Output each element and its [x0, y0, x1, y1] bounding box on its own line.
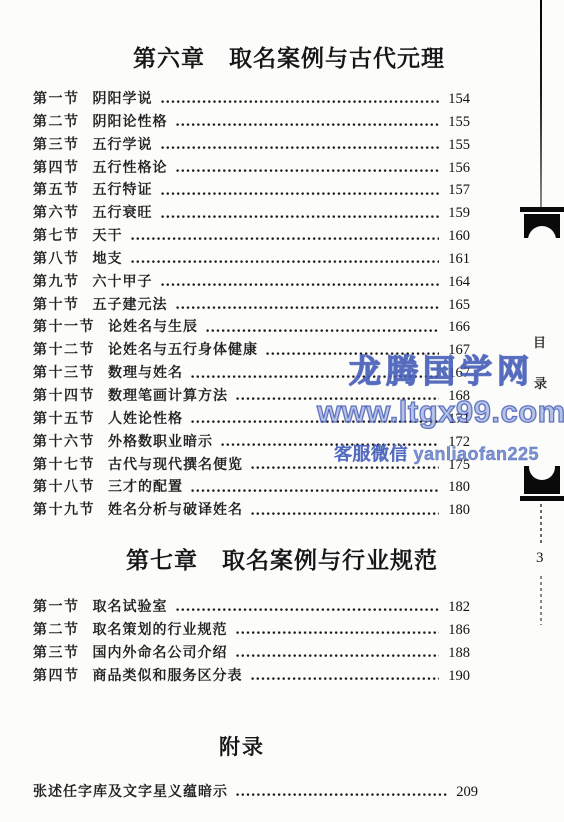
section-title: 阴阳论性格	[93, 112, 168, 135]
page-ref: 161	[444, 248, 470, 271]
toc-row: 第三节国内外命名公司介绍188	[33, 642, 470, 665]
spine-line	[540, 0, 542, 208]
dot-leader	[191, 489, 439, 493]
toc-row: 张述任字库及文字星义蕴暗示209	[33, 781, 478, 804]
page-ref: 168	[444, 385, 470, 408]
page-ref: 209	[452, 781, 478, 804]
dot-leader	[131, 260, 440, 264]
section-title: 古代与现代撰名便览	[108, 455, 243, 478]
page-ref: 186	[444, 619, 470, 642]
section-label: 第一节	[33, 597, 80, 620]
dot-leader	[176, 608, 440, 612]
section-label: 第三节	[33, 135, 80, 158]
page-ref: 175	[444, 454, 470, 477]
toc-row: 第十四节数理笔画计算方法168	[33, 385, 470, 408]
section-title: 五行特证	[93, 180, 153, 203]
toc-row: 第二节取名策划的行业规范186	[33, 619, 470, 642]
spine-dashed-line-lower	[540, 576, 542, 625]
section-title: 国内外命名公司介绍	[93, 643, 228, 666]
toc-row: 第五节五行特证157	[33, 179, 470, 202]
toc-row: 第四节五行性格论156	[33, 157, 470, 180]
section-label: 第十七节	[33, 455, 95, 478]
thumb-tab-top-icon	[519, 207, 564, 241]
page-ref: 190	[444, 665, 470, 688]
toc-row: 第十六节外格数职业暗示172	[33, 431, 470, 454]
dot-leader	[191, 375, 439, 379]
scanned-toc-page: { "watermark": { "site_name": "龙腾国学网", "…	[0, 0, 564, 822]
dot-leader	[176, 306, 440, 310]
page-ref: 164	[444, 271, 470, 294]
page-ref: 157	[444, 179, 470, 202]
page-ref: 167	[444, 362, 470, 385]
page-ref: 172	[444, 431, 470, 454]
section-label: 第九节	[33, 272, 80, 295]
page-ref: 160	[444, 225, 470, 248]
page-ref: 180	[444, 476, 470, 499]
dot-leader	[131, 237, 440, 241]
section-label: 第一节	[33, 89, 80, 112]
toc-row: 第十五节人姓论性格171	[33, 408, 470, 431]
toc-row: 第九节六十甲子164	[33, 271, 470, 294]
section-title: 地支	[93, 249, 123, 272]
dot-leader	[266, 352, 439, 356]
toc-row: 第十三节数理与姓名167	[33, 362, 470, 385]
section-label: 第七节	[33, 226, 80, 249]
dot-leader	[161, 192, 440, 196]
dot-leader	[191, 420, 439, 424]
appendix-toc-list: 张述任字库及文字星义蕴暗示209	[33, 781, 478, 804]
dot-leader	[161, 215, 440, 219]
toc-row: 第一节取名试验室182	[33, 596, 470, 619]
section-title: 数理笔画计算方法	[108, 386, 228, 409]
sidebar-label-lu: 录	[534, 373, 547, 392]
section-label: 第十四节	[33, 386, 95, 409]
toc-row: 第三节五行学说155	[33, 134, 470, 157]
toc-row: 第十七节古代与现代撰名便览175	[33, 454, 470, 477]
dot-leader	[236, 397, 439, 401]
sheet-page-number: 3	[536, 550, 544, 567]
section-label: 第十八节	[33, 477, 95, 500]
section-title: 六十甲子	[93, 272, 153, 295]
dot-leader	[161, 146, 440, 150]
dot-leader	[161, 100, 440, 104]
dot-leader	[236, 654, 440, 658]
section-label: 第十一节	[33, 317, 95, 340]
section-label: 第四节	[33, 158, 80, 181]
toc-row: 第十一节论姓名与生辰166	[33, 316, 470, 339]
section-title: 张述任字库及文字星义蕴暗示	[33, 782, 228, 805]
page-ref: 155	[444, 111, 470, 134]
page-ref: 156	[444, 157, 470, 180]
section-label: 第五节	[33, 180, 80, 203]
section-label: 第二节	[33, 112, 80, 135]
sidebar-label-mu: 目	[533, 332, 546, 351]
dot-leader	[176, 123, 440, 127]
chapter-7-toc-list: 第一节取名试验室182第二节取名策划的行业规范186第三节国内外命名公司介绍18…	[33, 596, 470, 687]
toc-row: 第四节商品类似和服务区分表190	[33, 665, 470, 688]
page-ref: 154	[444, 88, 470, 111]
section-title: 五行学说	[93, 135, 153, 158]
thumb-tab-bottom-icon	[519, 466, 564, 502]
section-title: 人姓论性格	[108, 409, 183, 432]
section-title: 姓名分析与破译姓名	[108, 500, 243, 523]
dot-leader	[176, 169, 440, 173]
section-label: 第十五节	[33, 409, 95, 432]
section-title: 论姓名与五行身体健康	[108, 340, 258, 363]
toc-row: 第十九节姓名分析与破译姓名180	[33, 499, 470, 522]
toc-row: 第十八节三才的配置180	[33, 476, 470, 499]
toc-row: 第八节地支161	[33, 248, 470, 271]
section-title: 阴阳学说	[93, 89, 153, 112]
page-ref: 167	[444, 339, 470, 362]
section-title: 商品类似和服务区分表	[93, 666, 243, 689]
dot-leader	[206, 329, 439, 333]
page-ref: 165	[444, 294, 470, 317]
chapter-7-heading: 第七章 取名案例与行业规范	[126, 542, 438, 575]
toc-row: 第六节五行衰旺159	[33, 202, 470, 225]
toc-row: 第一节阴阳学说154	[33, 88, 470, 111]
dot-leader	[251, 466, 439, 470]
section-label: 第十三节	[33, 363, 95, 386]
page-ref: 159	[444, 202, 470, 225]
toc-row: 第十节五子建元法165	[33, 294, 470, 317]
page-ref: 180	[444, 499, 470, 522]
section-label: 第二节	[33, 620, 80, 643]
dot-leader	[161, 283, 440, 287]
dot-leader	[221, 443, 439, 447]
section-title: 五行性格论	[93, 158, 168, 181]
toc-row: 第七节天干160	[33, 225, 470, 248]
chapter-6-toc-list: 第一节阴阳学说154第二节阴阳论性格155第三节五行学说155第四节五行性格论1…	[33, 88, 470, 522]
section-title: 论姓名与生辰	[108, 317, 198, 340]
dot-leader	[236, 793, 447, 797]
section-label: 第四节	[33, 666, 80, 689]
section-label: 第三节	[33, 643, 80, 666]
section-title: 三才的配置	[108, 477, 183, 500]
appendix-heading: 附录	[219, 731, 265, 761]
section-title: 天干	[93, 226, 123, 249]
section-label: 第十二节	[33, 340, 95, 363]
page-ref: 155	[444, 134, 470, 157]
page-ref: 166	[444, 316, 470, 339]
section-label: 第十节	[33, 295, 80, 318]
section-title: 取名策划的行业规范	[93, 620, 228, 643]
page-ref: 171	[444, 408, 470, 431]
section-label: 第八节	[33, 249, 80, 272]
section-title: 外格数职业暗示	[108, 432, 213, 455]
dot-leader	[251, 677, 440, 681]
section-label: 第十六节	[33, 432, 95, 455]
section-title: 取名试验室	[93, 597, 168, 620]
dot-leader	[236, 631, 440, 635]
section-title: 数理与姓名	[108, 363, 183, 386]
section-label: 第十九节	[33, 500, 95, 523]
section-title: 五子建元法	[93, 295, 168, 318]
chapter-6-heading: 第六章 取名案例与古代元理	[133, 40, 445, 73]
toc-row: 第十二节论姓名与五行身体健康167	[33, 339, 470, 362]
spine-dashed-line-upper	[540, 504, 542, 546]
section-label: 第六节	[33, 203, 80, 226]
dot-leader	[251, 512, 439, 516]
section-title: 五行衰旺	[93, 203, 153, 226]
page-ref: 182	[444, 596, 470, 619]
toc-row: 第二节阴阳论性格155	[33, 111, 470, 134]
page-ref: 188	[444, 642, 470, 665]
